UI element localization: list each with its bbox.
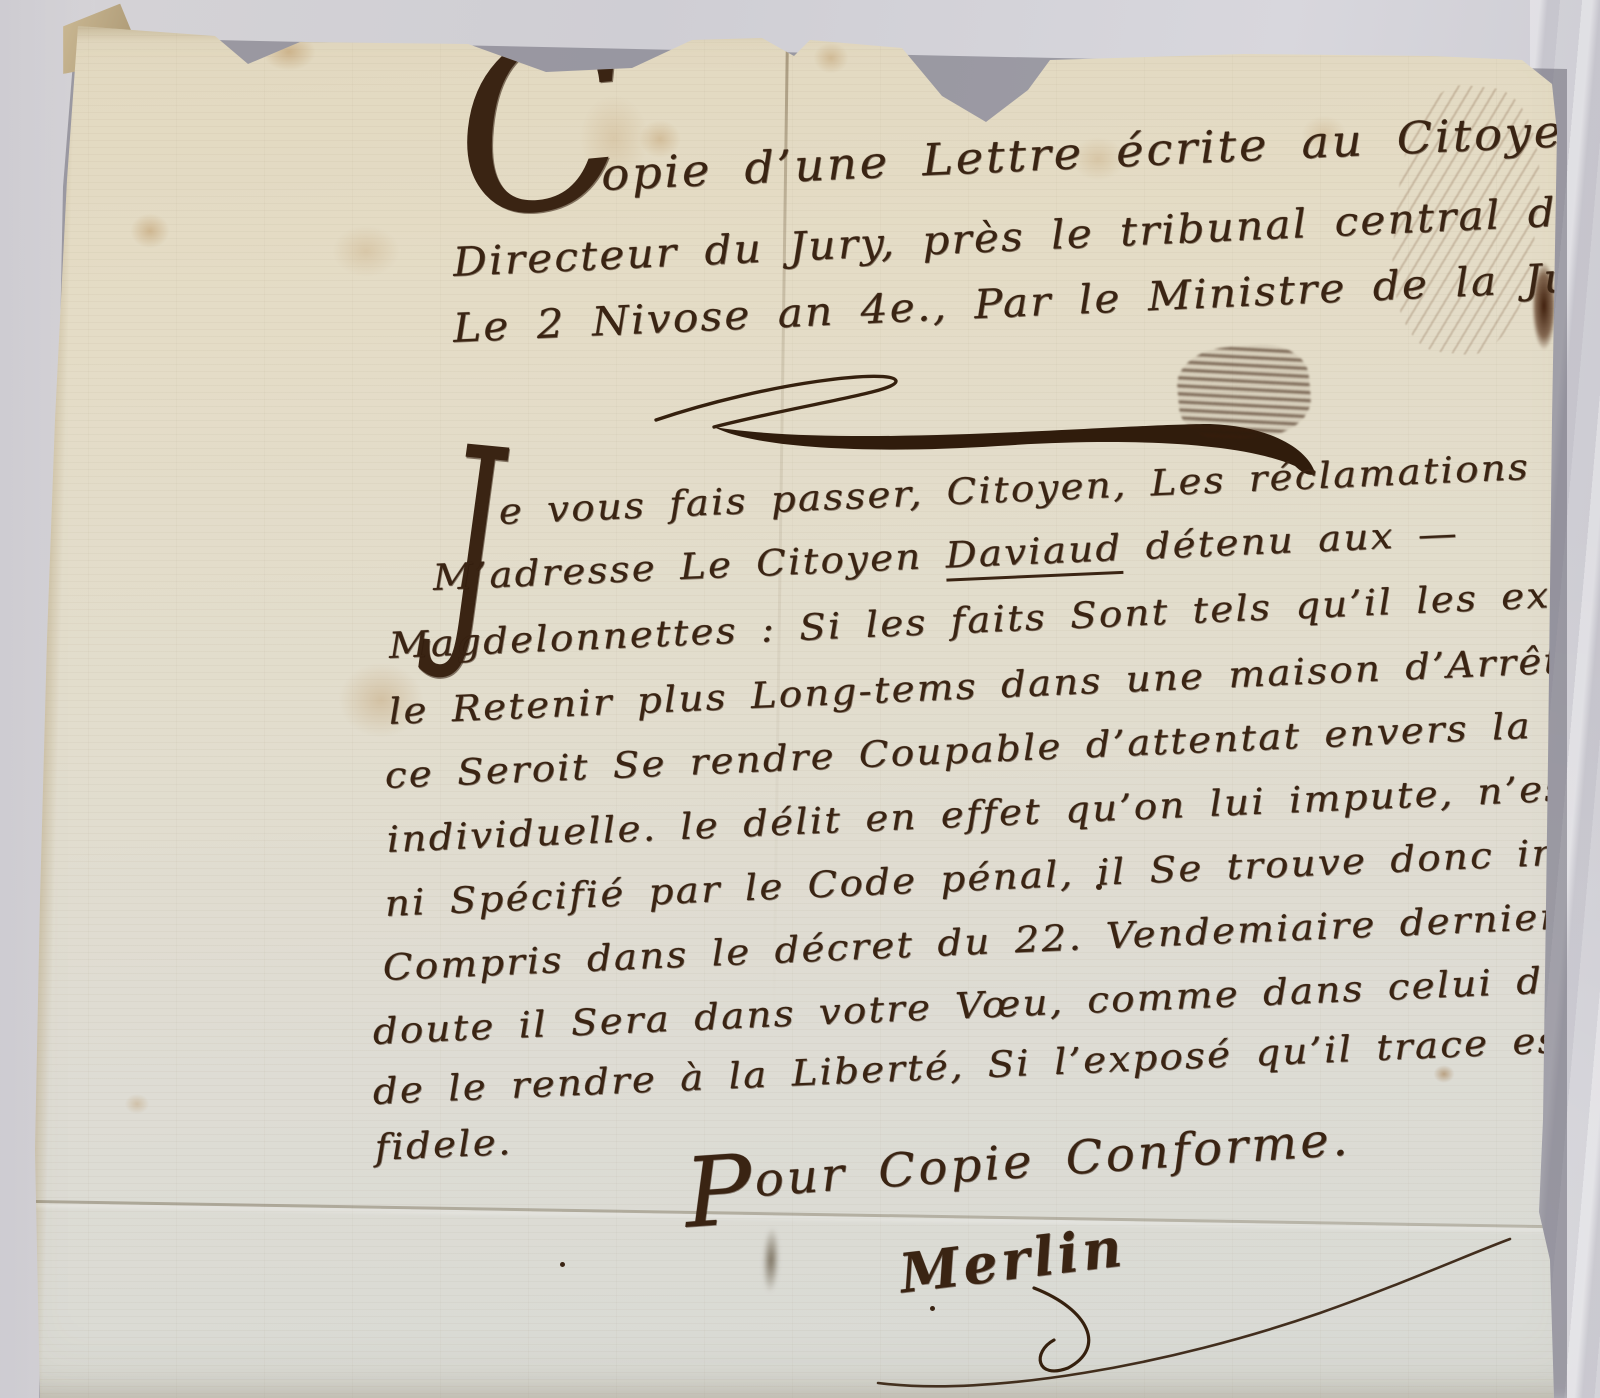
foxing-stain [122, 206, 178, 256]
document-paper: C opie d’une Lettre écrite au Citoyen Le… [0, 0, 1600, 1398]
body-line-1: e vous fais passer, Citoyen, Les réclama… [498, 443, 1600, 533]
signature-flourish-line [840, 1225, 1540, 1395]
header-line-2: Directeur du Jury, près le tribunal cent… [452, 182, 1600, 286]
body-line-5: ce Seroit Se rendre Coupable d’attentat … [384, 698, 1600, 797]
body-line-8: Compris dans le décret du 22. Vendemiair… [382, 888, 1600, 989]
body-line-2-pre: M’adresse Le Citoyen [432, 537, 923, 599]
vertical-fold-crease [772, 32, 789, 1042]
deckle-edge-top [60, 20, 1560, 42]
body-line-4: le Retenir plus Long-tems dans une maiso… [388, 640, 1577, 733]
ink-streak-marks [1382, 79, 1549, 360]
signature-name: Merlin [896, 1214, 1129, 1305]
closing-drop-cap: P [681, 1133, 760, 1250]
body-line-9: doute il Sera dans votre Vœu, comme dans… [372, 951, 1600, 1053]
body-line-10: de le rendre à la Liberté, Si l’exposé q… [372, 1019, 1578, 1113]
body-line-2: M’adresse Le Citoyen Daviaud détenu aux … [432, 513, 1460, 599]
foxing-stain [806, 36, 856, 80]
header-line-1: opie d’une Lettre écrite au Citoyen Legr… [600, 96, 1600, 201]
foxing-stain [566, 78, 662, 198]
body-line-3: Magdelonnettes : Si les faits Sont tels … [388, 570, 1600, 667]
ink-speck [930, 1306, 935, 1311]
ink-speck [1096, 884, 1102, 890]
foxing-stain [630, 112, 690, 166]
foxing-stain [318, 214, 414, 288]
body-line-7: ni Spécifié par le Code pénal, il Se tro… [384, 821, 1600, 925]
detainee-name: Daviaud [945, 528, 1124, 582]
foxing-stain [1060, 128, 1136, 190]
closing-line: Pour Copie Conforme. [682, 1111, 1352, 1211]
signature-paraph [1024, 1282, 1144, 1392]
foxing-stain [120, 1090, 154, 1118]
ink-speck [560, 1262, 565, 1267]
fold-grime-stain [758, 1216, 783, 1305]
header-line-3: Le 2 Nivose an 4e., Par le Ministre de l… [452, 250, 1600, 352]
closing-text: our Copie Conforme. [753, 1111, 1352, 1207]
body-line-11: fidele. [374, 1122, 513, 1169]
photo-of-manuscript-letter: C opie d’une Lettre écrite au Citoyen Le… [0, 0, 1600, 1398]
ink-flourish-rule [598, 354, 1338, 484]
ink-smudge [1174, 340, 1314, 443]
ink-blob-right-edge [1532, 262, 1556, 350]
body-line-6: individuelle. le délit en effet qu’on lu… [386, 761, 1600, 861]
body-line-2-post: détenu aux — [1145, 513, 1460, 568]
foxing-stain [1430, 1062, 1458, 1086]
horizontal-fold-crease [34, 1200, 1546, 1228]
foxing-stain [322, 648, 440, 752]
foxing-stain [1292, 108, 1356, 160]
body-drop-cap: J [442, 438, 503, 645]
